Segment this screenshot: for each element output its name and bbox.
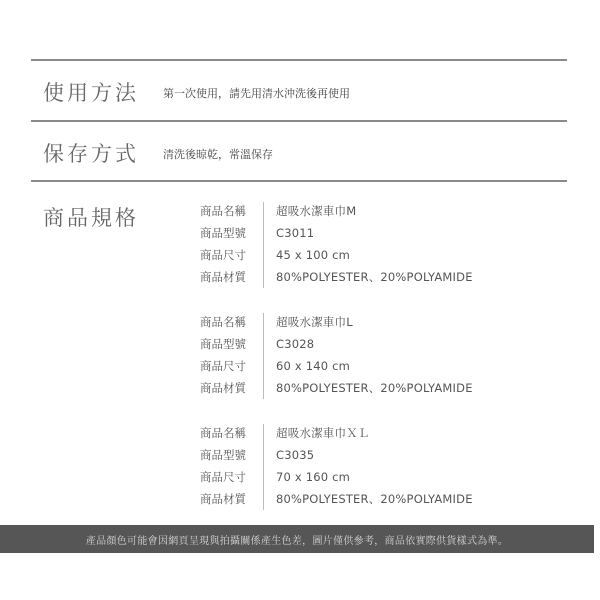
spec-label: 商品名稱 <box>200 314 252 330</box>
spec-label: 商品材質 <box>200 491 252 507</box>
spec-row: 商品名稱超吸水潔車巾ＸＬ <box>200 422 560 444</box>
spec-row: 商品型號C3028 <box>200 333 560 355</box>
divider-storage <box>31 180 567 182</box>
spec-value: 60 x 140 cm <box>252 359 350 373</box>
spec-value: 80%POLYESTER、20%POLYAMIDE <box>252 380 473 396</box>
spec-row: 商品尺寸45 x 100 cm <box>200 244 560 266</box>
spec-label: 商品材質 <box>200 269 252 285</box>
spec-value: 超吸水潔車巾ＸＬ <box>252 425 370 441</box>
spec-label: 商品材質 <box>200 380 252 396</box>
spec-value: C3011 <box>252 226 314 240</box>
spec-value: 70 x 160 cm <box>252 470 350 484</box>
storage-text: 清洗後晾乾，常溫保存 <box>163 146 273 162</box>
spec-divider <box>263 313 264 399</box>
spec-label: 商品尺寸 <box>200 247 252 263</box>
usage-title: 使用方法 <box>43 77 139 107</box>
spec-row: 商品材質80%POLYESTER、20%POLYAMIDE <box>200 266 560 288</box>
divider-usage <box>31 120 567 122</box>
spec-row: 商品材質80%POLYESTER、20%POLYAMIDE <box>200 377 560 399</box>
spec-row: 商品尺寸70 x 160 cm <box>200 466 560 488</box>
spec-group-xl: 商品名稱超吸水潔車巾ＸＬ 商品型號C3035 商品尺寸70 x 160 cm 商… <box>200 422 560 510</box>
spec-group-m: 商品名稱超吸水潔車巾M 商品型號C3011 商品尺寸45 x 100 cm 商品… <box>200 200 560 288</box>
storage-title: 保存方式 <box>43 138 139 168</box>
spec-value: 超吸水潔車巾L <box>252 314 353 330</box>
usage-text: 第一次使用，請先用清水沖洗後再使用 <box>163 85 350 101</box>
disclaimer-banner: 產品顏色可能會因網頁呈現與拍攝關係產生色差，圖片僅供參考，商品依實際供貨樣式為準… <box>0 525 594 553</box>
spec-value: 45 x 100 cm <box>252 248 350 262</box>
spec-label: 商品尺寸 <box>200 469 252 485</box>
specs-title: 商品規格 <box>43 202 139 232</box>
spec-row: 商品材質80%POLYESTER、20%POLYAMIDE <box>200 488 560 510</box>
spec-row: 商品名稱超吸水潔車巾M <box>200 200 560 222</box>
spec-label: 商品尺寸 <box>200 358 252 374</box>
spec-label: 商品型號 <box>200 225 252 241</box>
spec-label: 商品型號 <box>200 336 252 352</box>
spec-value: 80%POLYESTER、20%POLYAMIDE <box>252 491 473 507</box>
spec-divider <box>263 424 264 510</box>
divider-top <box>31 59 567 61</box>
spec-row: 商品型號C3035 <box>200 444 560 466</box>
spec-value: C3035 <box>252 448 314 462</box>
spec-row: 商品名稱超吸水潔車巾L <box>200 311 560 333</box>
spec-value: C3028 <box>252 337 314 351</box>
spec-value: 80%POLYESTER、20%POLYAMIDE <box>252 269 473 285</box>
spec-divider <box>263 202 264 288</box>
spec-value: 超吸水潔車巾M <box>252 203 356 219</box>
disclaimer-text: 產品顏色可能會因網頁呈現與拍攝關係產生色差，圖片僅供參考，商品依實際供貨樣式為準… <box>86 532 508 547</box>
spec-group-l: 商品名稱超吸水潔車巾L 商品型號C3028 商品尺寸60 x 140 cm 商品… <box>200 311 560 399</box>
spec-row: 商品尺寸60 x 140 cm <box>200 355 560 377</box>
spec-label: 商品型號 <box>200 447 252 463</box>
spec-label: 商品名稱 <box>200 425 252 441</box>
spec-label: 商品名稱 <box>200 203 252 219</box>
spec-row: 商品型號C3011 <box>200 222 560 244</box>
